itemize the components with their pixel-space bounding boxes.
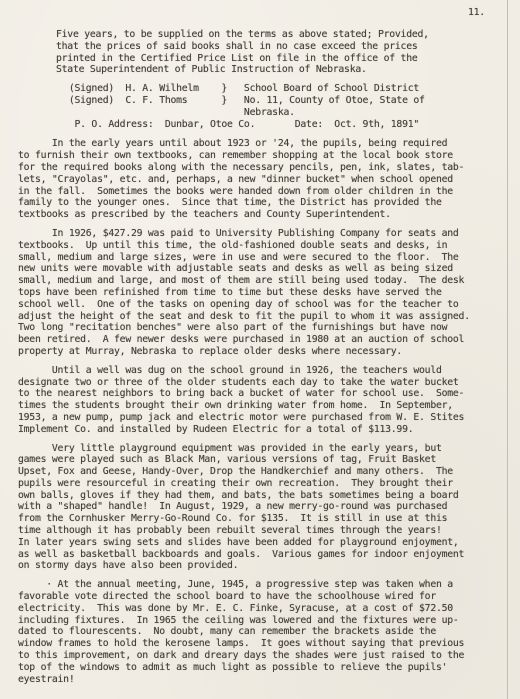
paragraph-electricity: · At the annual meeting, June, 1945, a p… [18,579,502,685]
signature-block: (Signed) H. A. Wilhelm } School Board of… [18,83,502,130]
page-edge-line [507,0,508,699]
scanned-document-page: 11. Five years, to be supplied on the te… [0,0,520,699]
paragraph-playground: Very little playground equipment was pro… [18,443,502,573]
quote-block-contract-terms: Five years, to be supplied on the terms … [56,29,502,76]
page-number: 11. [468,7,485,19]
document-body: Five years, to be supplied on the terms … [18,29,502,685]
paragraph-water-well: Until a well was dug on the school groun… [18,365,502,436]
paragraph-textbooks: In the early years until about 1923 or '… [18,138,502,221]
paragraph-seats-and-desks: In 1926, $427.29 was paid to University … [18,228,502,358]
